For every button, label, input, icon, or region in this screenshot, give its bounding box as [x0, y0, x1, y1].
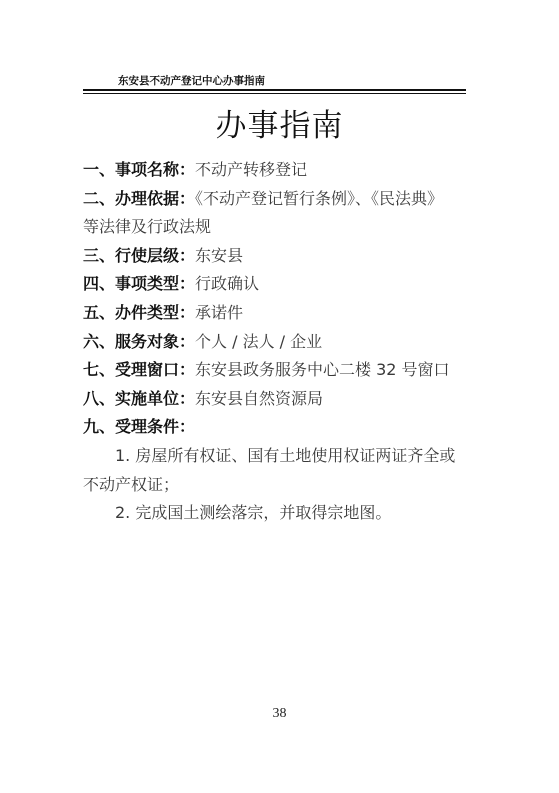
condition-1: 1. 房屋所有权证、国有土地使用权证两证齐全或: [83, 442, 468, 471]
header-rule-thin: [83, 93, 466, 94]
item-label: 二、办理依据：: [83, 189, 195, 208]
item-basis: 二、办理依据：《不动产登记暂行条例》、《民法典》: [83, 185, 468, 214]
item-implementing-unit: 八、实施单位：东安县自然资源局: [83, 385, 468, 414]
item-name: 一、事项名称：不动产转移登记: [83, 156, 468, 185]
header-rule: [83, 89, 466, 95]
item-label: 七、受理窗口：: [83, 360, 195, 379]
condition-text-continuation: 不动产权证；: [83, 475, 179, 494]
item-value: 《不动产登记暂行条例》、《民法典》: [195, 189, 443, 208]
item-value: 东安县: [195, 246, 243, 265]
condition-text: 1. 房屋所有权证、国有土地使用权证两证齐全或: [115, 446, 455, 465]
item-value: 东安县政务服务中心二楼 32 号窗口: [195, 360, 450, 379]
item-level: 三、行使层级：东安县: [83, 242, 468, 271]
item-value-continuation: 等法律及行政法规: [83, 217, 211, 236]
item-label: 五、办件类型：: [83, 303, 195, 322]
condition-1-continuation: 不动产权证；: [83, 471, 468, 500]
item-label: 八、实施单位：: [83, 389, 195, 408]
running-header: 东安县不动产登记中心办事指南: [118, 73, 265, 88]
header-rule-thick: [83, 89, 466, 91]
item-value: 东安县自然资源局: [195, 389, 323, 408]
item-value: 不动产转移登记: [195, 160, 307, 179]
item-label: 三、行使层级：: [83, 246, 195, 265]
document-page: 东安县不动产登记中心办事指南 办事指南 一、事项名称：不动产转移登记 二、办理依…: [0, 0, 559, 793]
condition-2: 2. 完成国土测绘落宗，并取得宗地图。: [83, 499, 468, 528]
item-type: 四、事项类型：行政确认: [83, 270, 468, 299]
item-label: 六、服务对象：: [83, 332, 195, 351]
item-value: 行政确认: [195, 274, 259, 293]
item-value: 承诺件: [195, 303, 243, 322]
item-case-type: 五、办件类型：承诺件: [83, 299, 468, 328]
item-label: 九、受理条件：: [83, 417, 195, 436]
item-conditions: 九、受理条件：: [83, 413, 468, 442]
page-number: 38: [0, 706, 559, 722]
page-title: 办事指南: [0, 100, 559, 145]
item-window: 七、受理窗口：东安县政务服务中心二楼 32 号窗口: [83, 356, 468, 385]
guide-content: 一、事项名称：不动产转移登记 二、办理依据：《不动产登记暂行条例》、《民法典》 …: [83, 156, 468, 528]
item-label: 四、事项类型：: [83, 274, 195, 293]
item-service-target: 六、服务对象：个人 / 法人 / 企业: [83, 328, 468, 357]
item-basis-continuation: 等法律及行政法规: [83, 213, 468, 242]
item-value: 个人 / 法人 / 企业: [195, 332, 322, 351]
item-label: 一、事项名称：: [83, 160, 195, 179]
condition-text: 2. 完成国土测绘落宗，并取得宗地图。: [115, 503, 391, 522]
